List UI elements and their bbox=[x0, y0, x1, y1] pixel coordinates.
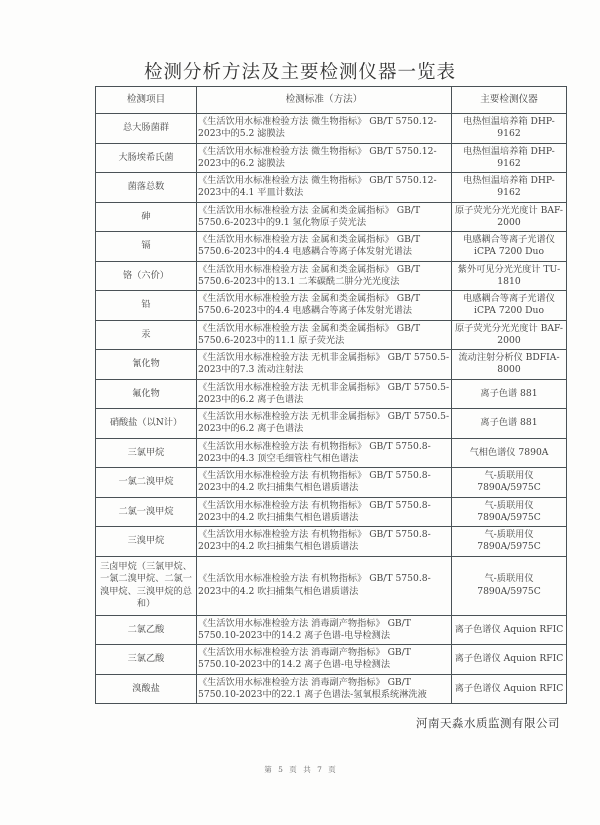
table-row: 汞《生活饮用水标准检验方法 金属和类金属指标》 GB/T 5750.6-2023… bbox=[96, 320, 567, 350]
company-name: 河南天淼水质监测有限公司 bbox=[416, 715, 560, 731]
table-row: 铅《生活饮用水标准检验方法 金属和类金属指标》 GB/T 5750.6-2023… bbox=[96, 291, 567, 321]
test-item: 三氯甲烷 bbox=[96, 438, 197, 468]
test-item: 大肠埃希氏菌 bbox=[96, 143, 197, 173]
table-row: 氰化物《生活饮用水标准检验方法 无机非金属指标》 GB/T 5750.5-202… bbox=[96, 350, 567, 380]
table-row: 氟化物《生活饮用水标准检验方法 无机非金属指标》 GB/T 5750.5-202… bbox=[96, 379, 567, 409]
instrument: 原子荧光分光光度计 BAF-2000 bbox=[452, 202, 567, 232]
test-method: 《生活饮用水标准检验方法 金属和类金属指标》 GB/T 5750.6-2023中… bbox=[197, 202, 452, 232]
table-row: 三溴甲烷《生活饮用水标准检验方法 有机物指标》 GB/T 5750.8-2023… bbox=[96, 527, 567, 557]
test-method: 《生活饮用水标准检验方法 消毒副产物指标》 GB/T 5750.10-2023中… bbox=[197, 645, 452, 675]
instrument: 紫外可见分光光度计 TU-1810 bbox=[452, 261, 567, 291]
test-method: 《生活饮用水标准检验方法 微生物指标》 GB/T 5750.12-2023中的5… bbox=[197, 114, 452, 144]
test-item: 硝酸盐（以N计） bbox=[96, 409, 197, 439]
test-method: 《生活饮用水标准检验方法 消毒副产物指标》 GB/T 5750.10-2023中… bbox=[197, 674, 452, 704]
test-method: 《生活饮用水标准检验方法 金属和类金属指标》 GB/T 5750.6-2023中… bbox=[197, 261, 452, 291]
test-item: 砷 bbox=[96, 202, 197, 232]
table-row: 镉《生活饮用水标准检验方法 金属和类金属指标》 GB/T 5750.6-2023… bbox=[96, 232, 567, 262]
table-row: 三氯甲烷《生活饮用水标准检验方法 有机物指标》 GB/T 5750.8-2023… bbox=[96, 438, 567, 468]
table-row: 三卤甲烷（三氯甲烷、一氯二溴甲烷、二氯一溴甲烷、三溴甲烷的总和）《生活饮用水标准… bbox=[96, 556, 567, 615]
test-item: 镉 bbox=[96, 232, 197, 262]
table-row: 溴酸盐《生活饮用水标准检验方法 消毒副产物指标》 GB/T 5750.10-20… bbox=[96, 674, 567, 704]
table-row: 三氯乙酸《生活饮用水标准检验方法 消毒副产物指标》 GB/T 5750.10-2… bbox=[96, 645, 567, 675]
test-item: 溴酸盐 bbox=[96, 674, 197, 704]
test-method: 《生活饮用水标准检验方法 消毒副产物指标》 GB/T 5750.10-2023中… bbox=[197, 615, 452, 645]
instrument: 离子色谱仪 Aquion RFIC bbox=[452, 615, 567, 645]
instrument: 气-质联用仪 7890A/5975C bbox=[452, 497, 567, 527]
test-method: 《生活饮用水标准检验方法 有机物指标》 GB/T 5750.8-2023中的4.… bbox=[197, 527, 452, 557]
instrument: 电感耦合等离子光谱仪 iCPA 7200 Duo bbox=[452, 232, 567, 262]
table-row: 硝酸盐（以N计）《生活饮用水标准检验方法 无机非金属指标》 GB/T 5750.… bbox=[96, 409, 567, 439]
test-item: 二氯一溴甲烷 bbox=[96, 497, 197, 527]
header-test-standard: 检测标准（方法） bbox=[197, 87, 452, 114]
instrument: 离子色谱 881 bbox=[452, 379, 567, 409]
table-row: 一氯二溴甲烷《生活饮用水标准检验方法 有机物指标》 GB/T 5750.8-20… bbox=[96, 468, 567, 498]
methods-instruments-table: 检测项目 检测标准（方法） 主要检测仪器 总大肠菌群《生活饮用水标准检验方法 微… bbox=[95, 86, 567, 704]
test-item: 氰化物 bbox=[96, 350, 197, 380]
table-row: 总大肠菌群《生活饮用水标准检验方法 微生物指标》 GB/T 5750.12-20… bbox=[96, 114, 567, 144]
test-item: 铅 bbox=[96, 291, 197, 321]
test-item: 一氯二溴甲烷 bbox=[96, 468, 197, 498]
table-row: 二氯乙酸《生活饮用水标准检验方法 消毒副产物指标》 GB/T 5750.10-2… bbox=[96, 615, 567, 645]
instrument: 气相色谱仪 7890A bbox=[452, 438, 567, 468]
instrument: 电感耦合等离子光谱仪 iCPA 7200 Duo bbox=[452, 291, 567, 321]
test-method: 《生活饮用水标准检验方法 无机非金属指标》 GB/T 5750.5-2023中的… bbox=[197, 350, 452, 380]
test-method: 《生活饮用水标准检验方法 微生物指标》 GB/T 5750.12-2023中的6… bbox=[197, 143, 452, 173]
test-item: 铬（六价） bbox=[96, 261, 197, 291]
instrument: 离子色谱 881 bbox=[452, 409, 567, 439]
instrument: 电热恒温培养箱 DHP-9162 bbox=[452, 143, 567, 173]
document-title: 检测分析方法及主要检测仪器一览表 bbox=[0, 58, 600, 84]
test-method: 《生活饮用水标准检验方法 金属和类金属指标》 GB/T 5750.6-2023中… bbox=[197, 232, 452, 262]
test-item: 菌落总数 bbox=[96, 173, 197, 203]
test-item: 二氯乙酸 bbox=[96, 615, 197, 645]
instrument: 气-质联用仪 7890A/5975C bbox=[452, 468, 567, 498]
table-row: 砷《生活饮用水标准检验方法 金属和类金属指标》 GB/T 5750.6-2023… bbox=[96, 202, 567, 232]
test-method: 《生活饮用水标准检验方法 有机物指标》 GB/T 5750.8-2023中的4.… bbox=[197, 438, 452, 468]
table-row: 大肠埃希氏菌《生活饮用水标准检验方法 微生物指标》 GB/T 5750.12-2… bbox=[96, 143, 567, 173]
instrument: 气-质联用仪 7890A/5975C bbox=[452, 527, 567, 557]
test-item: 三氯乙酸 bbox=[96, 645, 197, 675]
test-method: 《生活饮用水标准检验方法 无机非金属指标》 GB/T 5750.5-2023中的… bbox=[197, 379, 452, 409]
test-method: 《生活饮用水标准检验方法 有机物指标》 GB/T 5750.8-2023中的4.… bbox=[197, 556, 452, 615]
test-item: 汞 bbox=[96, 320, 197, 350]
instrument: 离子色谱仪 Aquion RFIC bbox=[452, 645, 567, 675]
instrument: 原子荧光分光光度计 BAF-2000 bbox=[452, 320, 567, 350]
table-row: 二氯一溴甲烷《生活饮用水标准检验方法 有机物指标》 GB/T 5750.8-20… bbox=[96, 497, 567, 527]
instrument: 流动注射分析仪 BDFIA-8000 bbox=[452, 350, 567, 380]
table-header-row: 检测项目 检测标准（方法） 主要检测仪器 bbox=[96, 87, 567, 114]
header-test-item: 检测项目 bbox=[96, 87, 197, 114]
test-method: 《生活饮用水标准检验方法 微生物指标》 GB/T 5750.12-2023中的4… bbox=[197, 173, 452, 203]
instrument: 电热恒温培养箱 DHP-9162 bbox=[452, 114, 567, 144]
test-item: 总大肠菌群 bbox=[96, 114, 197, 144]
instrument: 电热恒温培养箱 DHP-9162 bbox=[452, 173, 567, 203]
page-number: 第 5 页 共 7 页 bbox=[0, 764, 600, 775]
table-row: 菌落总数《生活饮用水标准检验方法 微生物指标》 GB/T 5750.12-202… bbox=[96, 173, 567, 203]
test-item: 氟化物 bbox=[96, 379, 197, 409]
test-method: 《生活饮用水标准检验方法 有机物指标》 GB/T 5750.8-2023中的4.… bbox=[197, 468, 452, 498]
header-main-instrument: 主要检测仪器 bbox=[452, 87, 567, 114]
instrument: 离子色谱仪 Aquion RFIC bbox=[452, 674, 567, 704]
table-row: 铬（六价）《生活饮用水标准检验方法 金属和类金属指标》 GB/T 5750.6-… bbox=[96, 261, 567, 291]
test-item: 三溴甲烷 bbox=[96, 527, 197, 557]
test-method: 《生活饮用水标准检验方法 金属和类金属指标》 GB/T 5750.6-2023中… bbox=[197, 291, 452, 321]
test-item: 三卤甲烷（三氯甲烷、一氯二溴甲烷、二氯一溴甲烷、三溴甲烷的总和） bbox=[96, 556, 197, 615]
test-method: 《生活饮用水标准检验方法 有机物指标》 GB/T 5750.8-2023中的4.… bbox=[197, 497, 452, 527]
test-method: 《生活饮用水标准检验方法 无机非金属指标》 GB/T 5750.5-2023中的… bbox=[197, 409, 452, 439]
test-method: 《生活饮用水标准检验方法 金属和类金属指标》 GB/T 5750.6-2023中… bbox=[197, 320, 452, 350]
instrument: 气-质联用仪 7890A/5975C bbox=[452, 556, 567, 615]
